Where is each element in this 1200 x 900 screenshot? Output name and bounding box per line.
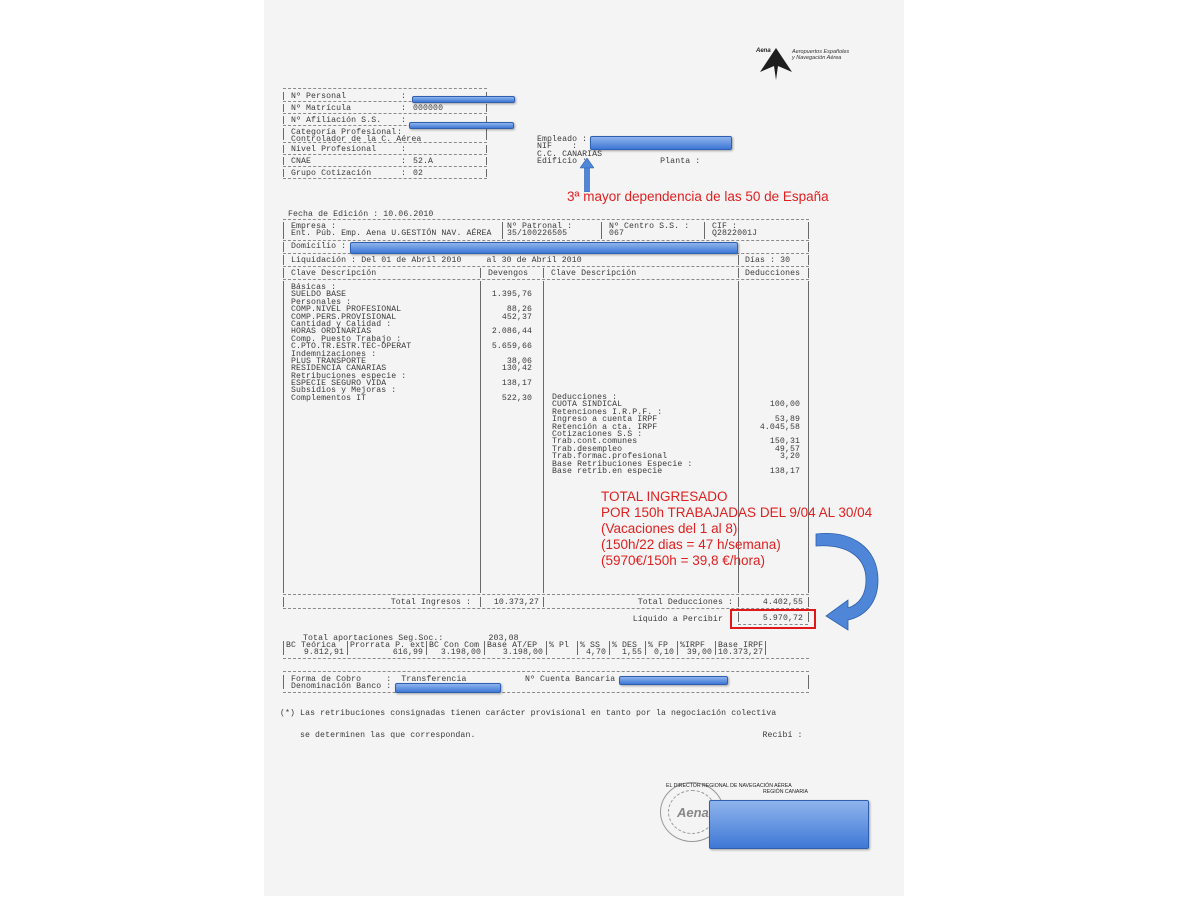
redacted-signature [709,800,869,849]
row-amount: 2.086,44 [476,328,532,335]
row-amount: 1.395,76 [476,291,532,298]
base-value: 4,70 [580,649,606,656]
totals-row: Total Ingresos : 10.373,27 Total Deducci… [283,594,809,609]
redacted-empleado [590,136,732,150]
fecha-edicion: Fecha de Edición : 10.06.2010 [288,211,433,218]
liquidacion-label: Liquidación [291,256,346,265]
col-clave-1: Clave Descripción [291,270,376,277]
base-value: 0,10 [648,649,674,656]
row-amount: 3,20 [738,453,800,460]
up-arrow-icon [580,158,594,192]
row-amount: 138,17 [738,468,800,475]
base-value: 3.198,00 [487,649,543,656]
row-amount: 138,17 [476,380,532,387]
redacted-cuenta [619,676,728,685]
signature-title: EL DIRECTOR REGIONAL DE NAVEGACIÓN AÉREA… [666,783,808,795]
payment-box: Forma de Cobro : Transferencia Denominac… [283,671,809,693]
liquidacion-row: Liquidación : Del 01 de Abril 2010 al 30… [283,254,809,267]
bases-row: BC Teórica9.812,91Prorrata P. ext616,99B… [283,638,809,659]
base-value: 9.812,91 [286,649,344,656]
dias-value: 30 [780,256,790,265]
total-ingresos-value: 10.373,27 [483,599,539,606]
employee-field-row: Grupo Cotización:02 [283,167,487,179]
liquidacion-value: Del 01 de Abril 2010 al 30 de Abril 2010 [361,256,582,265]
employee-field-label: Nº Personal [291,93,346,100]
banco-label: Denominación Banco [291,682,381,691]
empresa-value: Ent. Púb. Emp. Aena U.GESTIÓN NAV. AÉREA [291,230,492,237]
employee-field-value: 52.A [413,158,433,165]
base-value: 616,99 [350,649,423,656]
employee-field-label: CNAE [291,158,311,165]
employee-field-value: 02 [413,170,423,177]
total-ingresos-label: Total Ingresos : [291,599,471,606]
table-row: Complementos IT522,30 [291,395,539,402]
deducciones-list: Deducciones :CUOTA SINDICAL100,00Retenci… [552,394,804,475]
base-value: 3.198,00 [429,649,481,656]
liquido-highlight [730,609,816,629]
footnote-line1: (*) Las retribuciones consignadas tienen… [280,710,803,717]
employee-field-row: Nivel Profesional: [283,143,487,155]
dias-label: Días [745,256,765,265]
footnote: (*) Las retribuciones consignadas tienen… [280,695,803,747]
annotation-line: POR 150h TRABAJADAS DEL 9/04 AL 30/04 [601,505,872,521]
base-cell: % Pl [549,642,574,649]
row-amount: 4.045,58 [738,424,800,431]
company-header: Empresa : Ent. Púb. Emp. Aena U.GESTIÓN … [283,219,809,241]
total-deducciones-label: Total Deducciones : [553,599,733,606]
base-cell: % SS4,70 [580,642,606,657]
row-amount: 5.659,66 [476,343,532,350]
devengos-list: Básicas :SUELDO BASE1.395,76Personales :… [291,284,539,402]
planta-label: Planta [660,157,690,166]
employee-field-label: Nº Matrícula [291,105,351,112]
row-amount: 130,42 [476,365,532,372]
redacted-personal [412,96,515,103]
patronal-value: 35/100226505 [507,230,572,237]
base-cell: Prorrata P. ext616,99 [350,642,423,657]
employee-field-label: Nivel Profesional [291,146,376,153]
table-line [283,281,284,593]
domicilio-label: Domicilio : [291,243,346,250]
row-description: Base retrib.en especie [552,467,662,476]
table-line [543,281,544,593]
logo-line2: y Navegación Aérea [792,55,841,61]
redacted-banco [395,683,501,693]
annotation-dependencia: 3ª mayor dependencia de las 50 de España [567,189,829,205]
base-cell: BC Teórica9.812,91 [286,642,344,657]
edificio-label: Edificio [537,157,577,166]
aena-logo: Aena Aeropuertos Españoles y Navegación … [756,44,876,80]
base-cell: % FP0,10 [648,642,674,657]
row-amount: 452,37 [476,314,532,321]
base-value: 10.373,27 [718,649,762,656]
base-cell: Base IRPF10.373,27 [718,642,762,657]
centro-value: 067 [609,230,689,237]
base-cell: %IRPF39,00 [680,642,712,657]
col-clave-2: Clave Descripción [551,270,636,277]
base-value: 39,00 [680,649,712,656]
signature-line2: REGIÓN CANARIA [666,789,808,795]
row-description: Complementos IT [291,394,366,403]
fecha-edicion-value: 10.06.2010 [383,210,433,219]
curved-arrow-icon [812,528,884,636]
aena-arrow-icon [759,48,793,80]
col-devengos: Devengos [488,270,528,277]
total-deducciones-value: 4.402,55 [741,599,803,606]
cuenta-label: Nº Cuenta Bancaria [525,675,615,684]
employee-field-value: 000000 [413,105,443,112]
base-cell: Base AT/EP3.198,00 [487,642,543,657]
cif-value: Q2822001J [712,230,757,237]
stamp-text: Aena [677,805,709,820]
row-amount: 100,00 [738,401,800,408]
base-value: 1,55 [612,649,642,656]
base-label: % Pl [549,642,574,649]
employee-field-label: Grupo Cotización [291,170,371,177]
annotation-line: TOTAL INGRESADO [601,489,872,505]
employee-field-row: CNAE:52.A [283,155,487,167]
table-header: Clave Descripción Devengos Clave Descrip… [283,267,809,280]
col-deducciones: Deducciones [745,270,800,277]
recibi-label: Recibí : [762,731,802,740]
employee-field-label: Nº Afiliación S.S. [291,117,381,124]
redacted-domicilio [350,242,738,254]
redacted-afiliacion [409,122,514,129]
table-row: Base retrib.en especie138,17 [552,468,804,475]
base-cell: % DES1,55 [612,642,642,657]
base-cell: BC Con Com3.198,00 [429,642,481,657]
footnote-line2: se determinen las que correspondan. [300,731,475,740]
row-amount: 522,30 [476,395,532,402]
liquido-label: Líquido a Percibir : [553,616,733,623]
employee-field-row: Nº Matrícula:000000 [283,102,487,114]
